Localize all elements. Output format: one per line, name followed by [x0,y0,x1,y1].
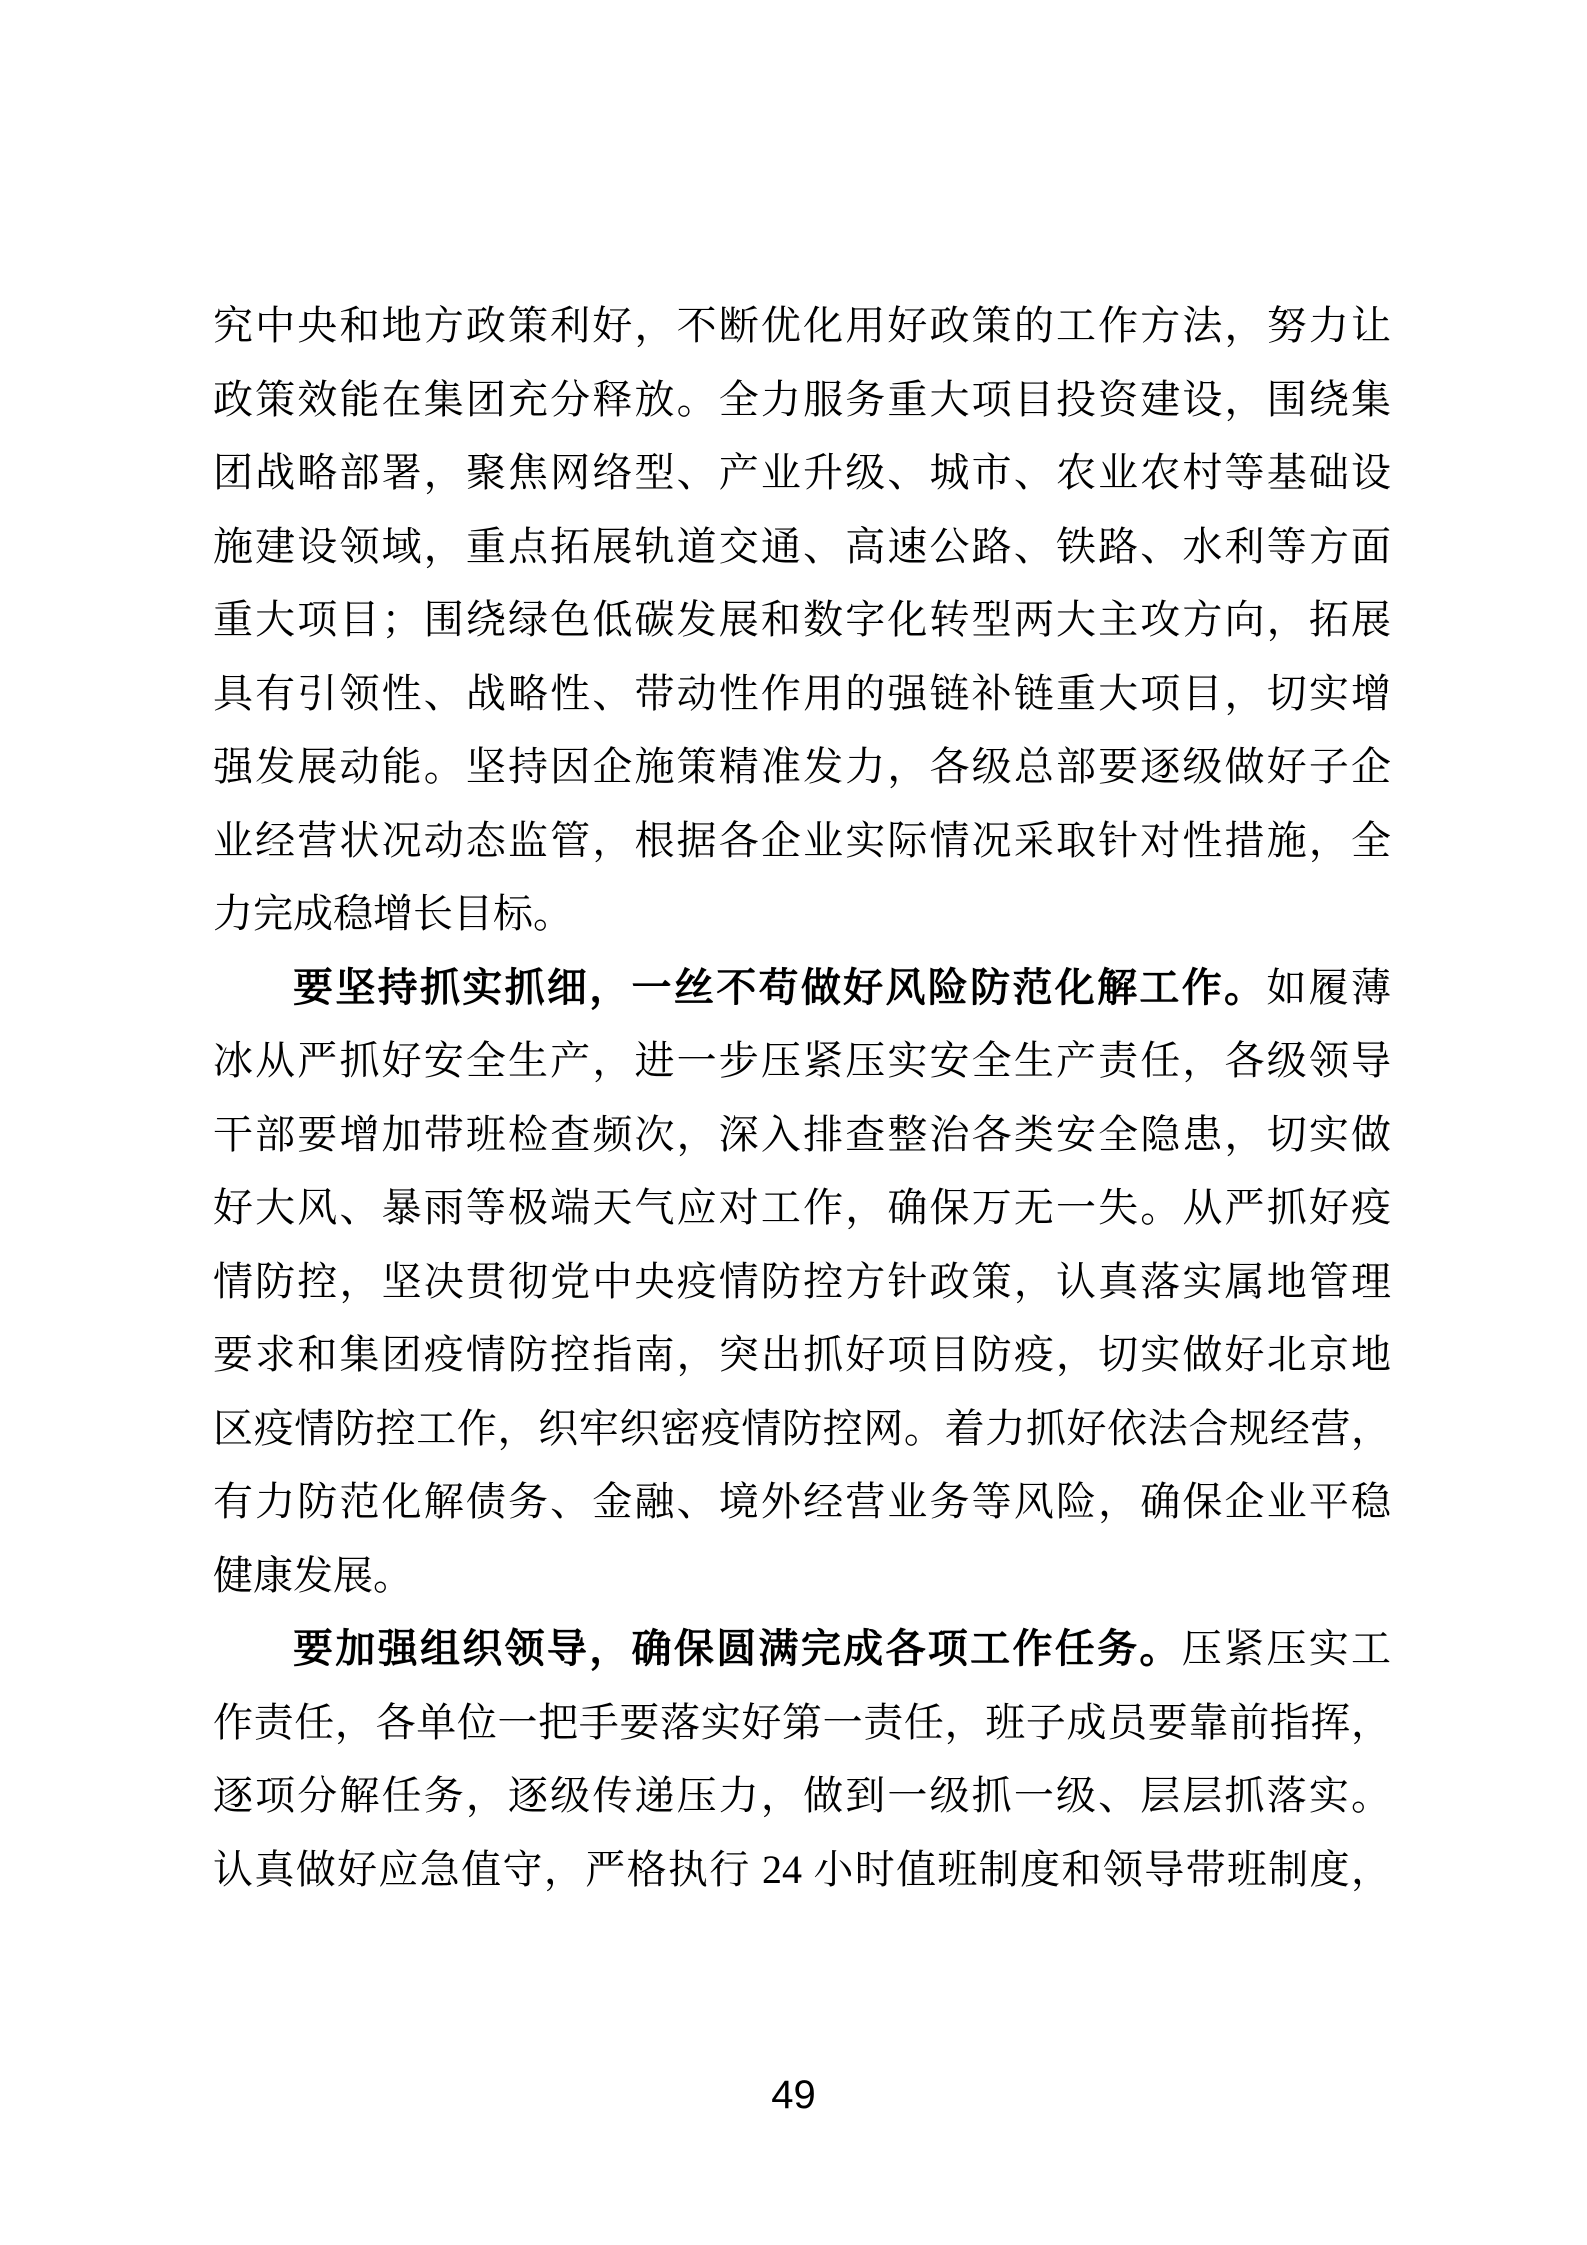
body-text: 究中央和地方政策利好，不断优化用好政策的工作方法，努力让政策效能在集团充分释放。… [213,289,1391,1906]
text-line: 重大项目；围绕绿色低碳发展和数字化转型两大主攻方向，拓展 [213,583,1391,657]
text-run: 政策效能在集团充分释放。全力服务重大项目投资建设，围绕集 [213,377,1391,422]
text-line: 要求和集团疫情防控指南，突出抓好项目防疫，切实做好北京地 [213,1318,1391,1392]
text-line: 具有引领性、战略性、带动性作用的强链补链重大项目，切实增 [213,657,1391,731]
text-run: 冰从严抓好安全生产，进一步压紧压实安全生产责任，各级领导 [213,1038,1391,1083]
text-run: 逐项分解任务，逐级传递压力，做到一级抓一级、层层抓落实。 [213,1773,1391,1818]
text-line: 有力防范化解债务、金融、境外经营业务等风险，确保企业平稳 [213,1465,1391,1539]
text-run: 干部要增加带班检查频次，深入排查整治各类安全隐患，切实做 [213,1112,1391,1157]
text-run: 业经营状况动态监管，根据各企业实际情况采取针对性措施，全 [213,818,1391,863]
text-run: 好大风、暴雨等极端天气应对工作，确保万无一失。从严抓好疫 [213,1185,1391,1230]
text-line: 团战略部署，聚焦网络型、产业升级、城市、农业农村等基础设 [213,436,1391,510]
paragraph-lead-bold: 要加强组织领导，确保圆满完成各项工作任务。 [293,1626,1182,1671]
text-run: 压紧压实工 [1182,1626,1391,1671]
text-line: 施建设领域，重点拓展轨道交通、高速公路、铁路、水利等方面 [213,510,1391,584]
text-line: 好大风、暴雨等极端天气应对工作，确保万无一失。从严抓好疫 [213,1171,1391,1245]
text-run: 究中央和地方政策利好，不断优化用好政策的工作方法，努力让 [213,303,1391,348]
paragraph-lead-bold: 要坚持抓实抓细，一丝不苟做好风险防范化解工作。 [293,965,1266,1010]
text-line: 要加强组织领导，确保圆满完成各项工作任务。压紧压实工 [213,1612,1391,1686]
text-run: 区疫情防控工作，织牢织密疫情防控网。着力抓好依法合规经营， [213,1406,1391,1451]
text-line: 冰从严抓好安全生产，进一步压紧压实安全生产责任，各级领导 [213,1024,1391,1098]
text-run: 如履薄 [1266,965,1391,1010]
text-line: 情防控，坚决贯彻党中央疫情防控方针政策，认真落实属地管理 [213,1245,1391,1319]
text-line: 究中央和地方政策利好，不断优化用好政策的工作方法，努力让 [213,289,1391,363]
text-line: 区疫情防控工作，织牢织密疫情防控网。着力抓好依法合规经营， [213,1392,1391,1466]
text-run: 认真做好应急值守，严格执行 24 小时值班制度和领导带班制度， [213,1847,1391,1892]
document-page: 究中央和地方政策利好，不断优化用好政策的工作方法，努力让政策效能在集团充分释放。… [0,0,1587,2245]
text-run: 具有引领性、战略性、带动性作用的强链补链重大项目，切实增 [213,671,1391,716]
text-line: 作责任，各单位一把手要落实好第一责任，班子成员要靠前指挥， [213,1686,1391,1760]
text-run: 作责任，各单位一把手要落实好第一责任，班子成员要靠前指挥， [213,1700,1391,1745]
text-run: 有力防范化解债务、金融、境外经营业务等风险，确保企业平稳 [213,1479,1391,1524]
text-line: 要坚持抓实抓细，一丝不苟做好风险防范化解工作。如履薄 [213,951,1391,1025]
text-line: 强发展动能。坚持因企施策精准发力，各级总部要逐级做好子企 [213,730,1391,804]
text-line: 干部要增加带班检查频次，深入排查整治各类安全隐患，切实做 [213,1098,1391,1172]
page-number: 49 [0,2072,1587,2118]
text-run: 强发展动能。坚持因企施策精准发力，各级总部要逐级做好子企 [213,744,1391,789]
text-line: 健康发展。 [213,1539,1391,1613]
text-run: 重大项目；围绕绿色低碳发展和数字化转型两大主攻方向，拓展 [213,597,1391,642]
text-run: 力完成稳增长目标。 [213,891,573,936]
text-run: 团战略部署，聚焦网络型、产业升级、城市、农业农村等基础设 [213,450,1391,495]
text-line: 逐项分解任务，逐级传递压力，做到一级抓一级、层层抓落实。 [213,1759,1391,1833]
text-run: 要求和集团疫情防控指南，突出抓好项目防疫，切实做好北京地 [213,1332,1391,1377]
text-line: 政策效能在集团充分释放。全力服务重大项目投资建设，围绕集 [213,363,1391,437]
text-line: 力完成稳增长目标。 [213,877,1391,951]
text-line: 业经营状况动态监管，根据各企业实际情况采取针对性措施，全 [213,804,1391,878]
text-run: 施建设领域，重点拓展轨道交通、高速公路、铁路、水利等方面 [213,524,1391,569]
text-run: 健康发展。 [213,1553,413,1598]
text-line: 认真做好应急值守，严格执行 24 小时值班制度和领导带班制度， [213,1833,1391,1907]
text-run: 情防控，坚决贯彻党中央疫情防控方针政策，认真落实属地管理 [213,1259,1391,1304]
